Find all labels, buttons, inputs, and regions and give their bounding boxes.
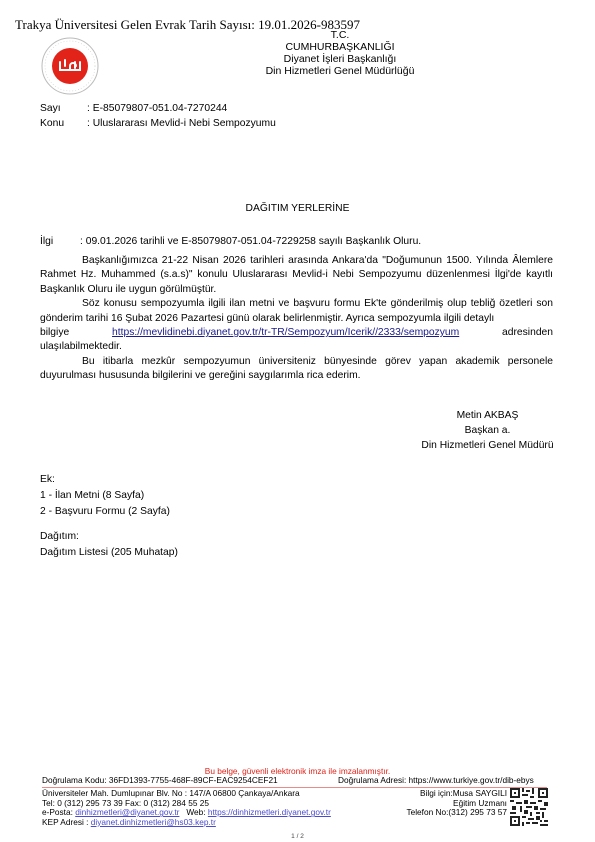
verification-code: Doğrulama Kodu: 36FD1393-7755-468F-89CF-… [42, 776, 278, 786]
signatory-office: Din Hizmetleri Genel Müdürü [400, 438, 575, 453]
header-directorate: Diyanet İşleri Başkanlığı [210, 53, 470, 65]
diyanet-seal-icon [40, 36, 100, 96]
signature-block: Metin AKBAŞ Başkan a. Din Hizmetleri Gen… [400, 408, 575, 453]
link-line: bilgiye https://mevlidinebi.diyanet.gov.… [40, 326, 553, 340]
attachment-item: 1 - İlan Metni (8 Sayfa) [40, 488, 170, 504]
paragraph-1: Başkanlığımızca 21-22 Nisan 2026 tarihle… [40, 254, 553, 297]
paragraph-3: Bu itibarla mezkûr sempozyumun üniversit… [40, 355, 553, 384]
qr-code-icon [510, 788, 548, 826]
signatory-name: Metin AKBAŞ [400, 408, 575, 423]
symposium-link[interactable]: https://mevlidinebi.diyanet.gov.tr/tr-TR… [112, 326, 459, 340]
related-reference: İlgi: 09.01.2026 tarihli ve E-85079807-0… [40, 236, 421, 247]
verification-address: Doğrulama Adresi: https://www.turkiye.go… [338, 776, 534, 786]
web-link[interactable]: https://dinhizmetleri.diyanet.gov.tr [208, 807, 331, 817]
distribution-label: Dağıtım: [40, 529, 178, 545]
header-department: Din Hizmetleri Genel Müdürlüğü [210, 65, 470, 77]
paragraph-2: Söz konusu sempozyumla ilgili ilan metni… [40, 297, 553, 326]
subject: Konu: Uluslararası Mevlid-i Nebi Sempozy… [40, 118, 276, 129]
ilgi-label: İlgi [40, 236, 80, 247]
page-number: 1 / 2 [0, 833, 595, 840]
header-tc: T.C. [210, 29, 470, 41]
attachments-label: Ek: [40, 472, 170, 488]
contact-block: Üniversiteler Mah. Dumlupınar Blv. No : … [42, 789, 331, 827]
header-presidency: CUMHURBAŞKANLIĞI [210, 41, 470, 53]
distribution-value: Dağıtım Listesi (205 Muhatap) [40, 545, 178, 561]
info-phone: Telefon No:(312) 295 73 57 [380, 808, 507, 818]
attachments: Ek: 1 - İlan Metni (8 Sayfa) 2 - Başvuru… [40, 472, 170, 520]
sayi-value: : E-85079807-051.04-7270244 [87, 103, 227, 114]
kep-link[interactable]: diyanet.dinhizmetleri@hs03.kep.tr [91, 817, 216, 827]
attachment-item: 2 - Başvuru Formu (2 Sayfa) [40, 504, 170, 520]
sayi-label: Sayı [40, 103, 87, 114]
distribution: Dağıtım: Dağıtım Listesi (205 Muhatap) [40, 529, 178, 561]
letter-body: Başkanlığımızca 21-22 Nisan 2026 tarihle… [40, 254, 553, 384]
info-contact: Bilgi için:Musa SAYGILI Eğitim Uzmanı Te… [380, 789, 507, 818]
reference-number: Sayı: E-85079807-051.04-7270244 [40, 103, 227, 114]
paragraph-2-end: ulaşılabilmektedir. [40, 340, 553, 354]
konu-label: Konu [40, 118, 87, 129]
kep-line: KEP Adresi : diyanet.dinhizmetleri@hs03.… [42, 818, 331, 828]
email-link[interactable]: dinhizmetleri@diyanet.gov.tr [75, 807, 179, 817]
document-title: DAĞITIM YERLERİNE [0, 203, 595, 214]
signatory-role: Başkan a. [400, 423, 575, 438]
ilgi-value: : 09.01.2026 tarihli ve E-85079807-051.0… [80, 236, 421, 247]
konu-value: : Uluslararası Mevlid-i Nebi Sempozyumu [87, 118, 276, 129]
